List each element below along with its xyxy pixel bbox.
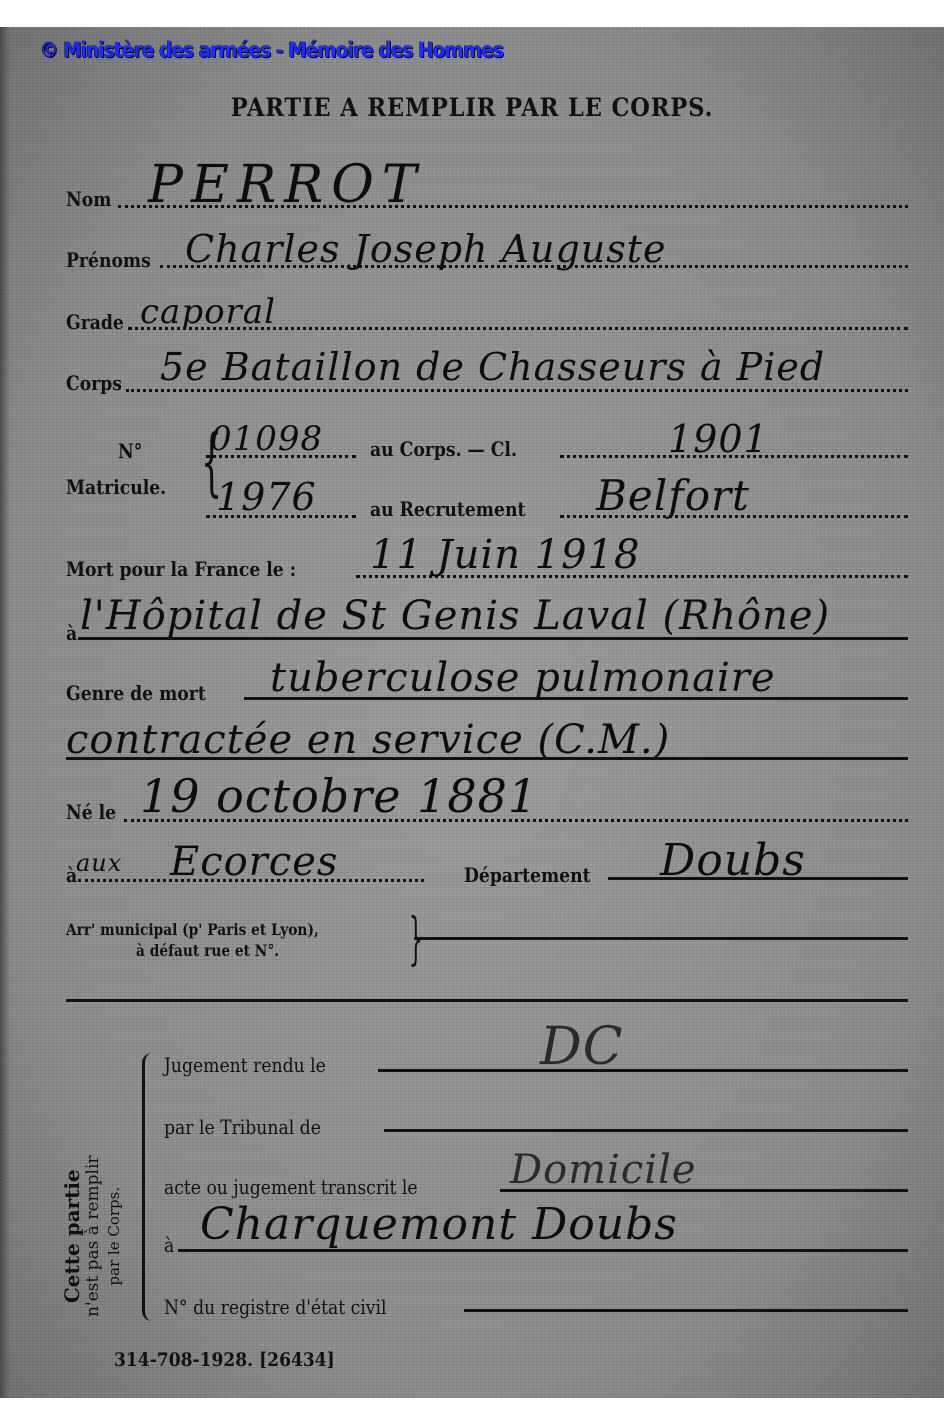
nom-value: PERROT bbox=[148, 155, 425, 215]
scan-edge-shadow bbox=[0, 27, 10, 1398]
recrutement-number: 1976 bbox=[216, 475, 317, 519]
nom-label: Nom bbox=[66, 187, 111, 211]
registre-label: N° du registre d'état civil bbox=[164, 1295, 387, 1319]
form-title: PARTIE A REMPLIR PAR LE CORPS. bbox=[47, 93, 897, 122]
matricule-no-label: N° bbox=[118, 439, 142, 463]
genre-mort-value-2: contractée en service (C.M.) bbox=[66, 717, 670, 763]
arrondissement-line bbox=[414, 937, 908, 940]
lieu-naissance-prefix: aux bbox=[76, 849, 122, 877]
corps-value: 5e Bataillon de Chasseurs à Pied bbox=[160, 345, 825, 389]
departement-value: Doubs bbox=[660, 835, 806, 886]
transcrit-value: Domicile bbox=[510, 1147, 697, 1193]
lieu-naissance-value: Ecorces bbox=[170, 839, 338, 885]
registre-line bbox=[464, 1309, 908, 1312]
corps-line bbox=[126, 389, 908, 392]
naissance-label: Né le bbox=[66, 800, 116, 824]
lieu-mort-value: l'Hôpital de St Genis Laval (Rhône) bbox=[80, 593, 830, 639]
civil-brace bbox=[142, 1053, 159, 1321]
mort-value: 11 Juin 1918 bbox=[370, 532, 640, 578]
side-note-line-2: n'est pas à remplir bbox=[83, 1155, 104, 1317]
au-corps-label: au Corps. — Cl. bbox=[370, 437, 517, 461]
naissance-value: 19 octobre 1881 bbox=[140, 769, 538, 823]
recrutement-value: Belfort bbox=[596, 471, 750, 520]
au-corps-number: 01098 bbox=[210, 419, 323, 459]
lieu-mort-label: à bbox=[66, 621, 77, 645]
jugement-label: Jugement rendu le bbox=[164, 1053, 326, 1077]
arrondissement-label-2: à défaut rue et N°. bbox=[136, 941, 279, 960]
prenoms-label: Prénoms bbox=[66, 248, 151, 272]
tribunal-label: par le Tribunal de bbox=[164, 1115, 321, 1139]
matricule-label: Matricule. bbox=[66, 475, 166, 499]
arrondissement-label-1: Arr' municipal (p' Paris et Lyon), bbox=[66, 920, 319, 939]
prenoms-value: Charles Joseph Auguste bbox=[185, 227, 667, 271]
section-divider bbox=[66, 999, 908, 1002]
genre-mort-value-1: tuberculose pulmonaire bbox=[270, 655, 776, 701]
a-value: Charquemont Doubs bbox=[200, 1199, 678, 1250]
classe-value: 1901 bbox=[668, 417, 769, 461]
corps-label: Corps bbox=[66, 371, 122, 395]
jugement-value: DC bbox=[540, 1017, 623, 1077]
copyright-watermark: © Ministère des armées - Mémoire des Hom… bbox=[40, 38, 503, 62]
side-note-line-1: Cette partie bbox=[62, 1155, 83, 1317]
recrutement-label: au Recrutement bbox=[370, 497, 525, 521]
grade-label: Grade bbox=[66, 310, 124, 334]
footer-print-code: 314-708-1928. [26434] bbox=[114, 1349, 335, 1371]
a-label: à bbox=[164, 1233, 174, 1257]
grade-value: caporal bbox=[140, 292, 276, 332]
transcrit-label: acte ou jugement transcrit le bbox=[164, 1175, 418, 1199]
mort-label: Mort pour la France le : bbox=[66, 557, 296, 581]
jugement-line bbox=[378, 1069, 908, 1072]
document-scan: © Ministère des armées - Mémoire des Hom… bbox=[0, 27, 944, 1398]
genre-mort-label: Genre de mort bbox=[66, 681, 206, 705]
departement-label: Département bbox=[464, 863, 591, 887]
tribunal-line bbox=[384, 1129, 908, 1132]
civil-side-note: Cette partie n'est pas à remplir par le … bbox=[62, 1155, 125, 1317]
side-note-line-3: par le Corps. bbox=[104, 1155, 125, 1317]
